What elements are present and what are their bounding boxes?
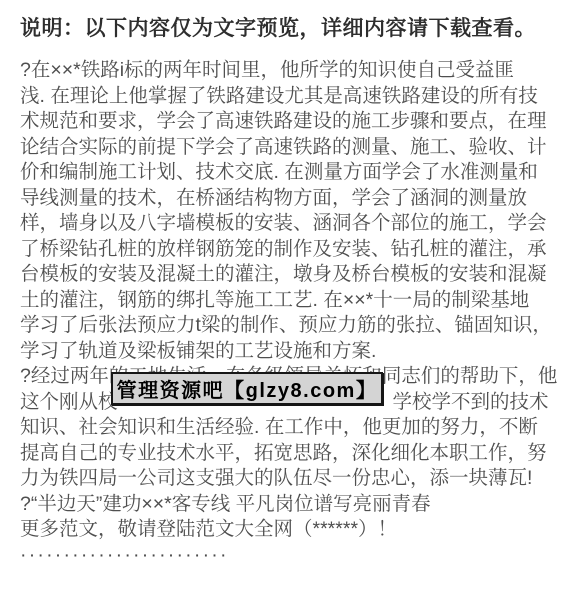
covered-line-before: 这个刚从校 — [20, 391, 118, 413]
text-line: 论结合实际的前提下学会了高速铁路的测量、施工、验收、计 — [20, 135, 560, 161]
covered-line-after: 学校学不到的技术 — [393, 391, 549, 413]
text-line: 台模板的安装及混凝土的灌注，墩身及桥台模板的安装和混凝 — [20, 262, 560, 288]
text-line: 导线测量的技术，在桥涵结构物方面，学会了涵洞的测量放 — [20, 186, 560, 212]
text-line: 样，墙身以及八字墙模板的安装、涵洞各个部位的施工，学会 — [20, 211, 560, 237]
text-line: ?“半边天”建功××*客专线 平凡岗位谱写亮丽青春 — [20, 492, 560, 518]
text-line: 力为铁四局一公司这支强大的队伍尽一份忠心，添一块薄瓦! — [20, 466, 560, 492]
watermark-badge: 管理资源吧【glzy8.com】 — [111, 372, 383, 405]
text-line: 术规范和要求，学会了高速铁路建设的施工步骤和要点，在理 — [20, 109, 560, 135]
document-body: ?在××*铁路i标的两年时间里，他所学的知识使自己受益匪 浅. 在理论上他掌握了… — [20, 58, 560, 568]
text-line: 更多范文，敬请登陆范文大全网（******）！ — [20, 517, 560, 543]
text-line: 土的灌注，钢筋的绑扎等施工工艺. 在××*十一局的制梁基地 — [20, 288, 560, 314]
text-line: 知识、社会知识和生活经验. 在工作中，他更加的努力，不断 — [20, 415, 560, 441]
document-preview-page: { "colors": { "page_bg": "#ffffff", "bod… — [0, 0, 578, 600]
text-line: 学习了后张法预应力t梁的制作、预应力筋的张拉、锚固知识， — [20, 313, 560, 339]
text-line: 价和编制施工计划、技术交底. 在测量方面学会了水准测量和 — [20, 160, 560, 186]
text-line: 学习了轨道及梁板铺架的工艺设施和方案. — [20, 339, 560, 365]
text-line: 提高自己的专业技术水平，拓宽思路，深化细化本职工作，努 — [20, 441, 560, 467]
text-line: 了桥梁钻孔桩的放样钢筋笼的制作及安装、钻孔桩的灌注，承 — [20, 237, 560, 263]
preview-notice: 说明：以下内容仅为文字预览，详细内容请下载查看。 — [20, 15, 558, 42]
dots-line: ························ — [20, 543, 560, 569]
text-line: 浅. 在理论上他掌握了铁路建设尤其是高速铁路建设的所有技 — [20, 84, 560, 110]
text-line: ?在××*铁路i标的两年时间里，他所学的知识使自己受益匪 — [20, 58, 560, 84]
